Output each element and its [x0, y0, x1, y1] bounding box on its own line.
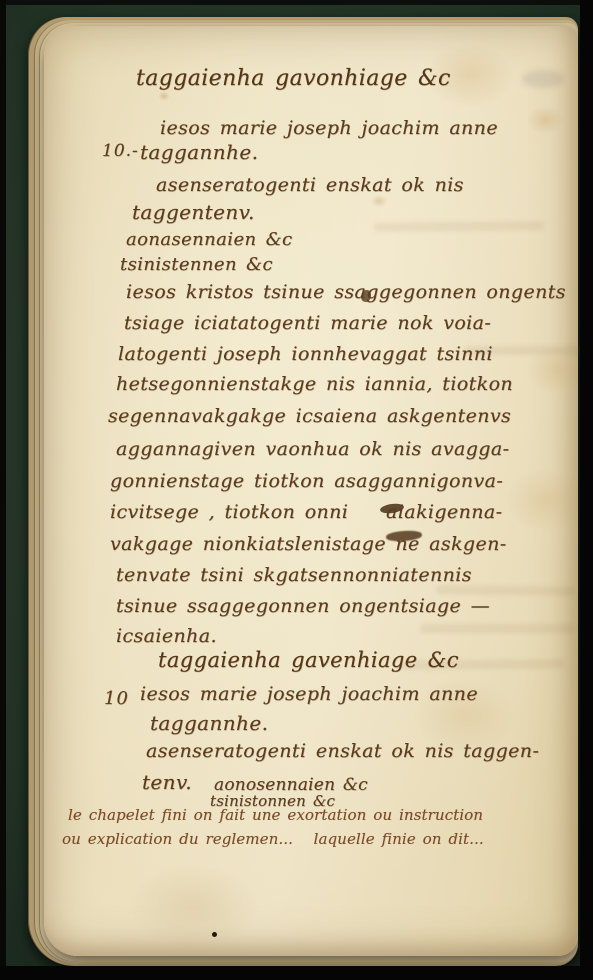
manuscript-line: latogenti joseph ionnhevaggat tsinni — [118, 343, 493, 365]
manuscript-line: taggannhe. — [150, 711, 268, 735]
manuscript-line: tenvate tsini skgatsennonniatennis — [116, 564, 472, 586]
manuscript-line: vakgage nionkiatslenistage ne askgen- — [110, 533, 507, 555]
manuscript-line: icvitsege , tiotkon onni aiakigenna- — [110, 501, 502, 523]
manuscript-line: taggannhe. — [140, 140, 258, 164]
photo-edge-right — [580, 0, 593, 980]
manuscript-page: taggaienha gavonhiage &ciesos marie jose… — [44, 26, 578, 956]
margin-number: 10 — [104, 688, 129, 709]
manuscript-line: aonasennaien &c — [126, 229, 293, 250]
french-note-line: le chapelet fini on fait une exortation … — [68, 806, 483, 824]
manuscript-line: iesos marie joseph joachim anne — [160, 117, 498, 139]
photo-edge-top — [0, 0, 593, 5]
margin-number: 10.- — [102, 141, 139, 161]
photo-backdrop: taggaienha gavonhiage &ciesos marie jose… — [0, 0, 593, 980]
section-heading: taggaienha gavonhiage &c — [136, 66, 451, 91]
french-note-line: ou explication du reglemen... laquelle f… — [62, 830, 484, 848]
manuscript-line: tsiage iciatatogenti marie nok voia- — [124, 312, 491, 334]
photo-edge-left — [0, 0, 6, 980]
manuscript-line: taggentenv. — [132, 200, 255, 224]
section-heading: taggaienha gavenhiage &c — [158, 648, 459, 672]
manuscript-line: iesos marie joseph joachim anne — [140, 683, 478, 705]
manuscript-text-layer: taggaienha gavonhiage &ciesos marie jose… — [44, 26, 578, 956]
manuscript-line: tsinistennen &c — [120, 254, 273, 275]
manuscript-line: asenseratogenti enskat ok nis — [156, 174, 464, 196]
manuscript-line: asenseratogenti enskat ok nis taggen- — [146, 740, 539, 762]
manuscript-line: iesos kristos tsinue ssaggegonnen ongent… — [126, 281, 566, 303]
photo-edge-bottom — [0, 966, 593, 980]
manuscript-line: icsaienha. — [116, 625, 217, 647]
manuscript-line: tsinue ssaggegonnen ongentsiage — — [116, 595, 490, 617]
manuscript-line: aggannagiven vaonhua ok nis avagga- — [116, 438, 509, 460]
manuscript-line: hetsegonnienstakge nis iannia, tiotkon — [116, 373, 513, 395]
manuscript-line: tenv. — [142, 770, 192, 794]
manuscript-line: segennavakgakge icsaiena askgentenvs — [108, 405, 511, 427]
manuscript-line: gonnienstage tiotkon asaggannigonva- — [110, 470, 503, 492]
